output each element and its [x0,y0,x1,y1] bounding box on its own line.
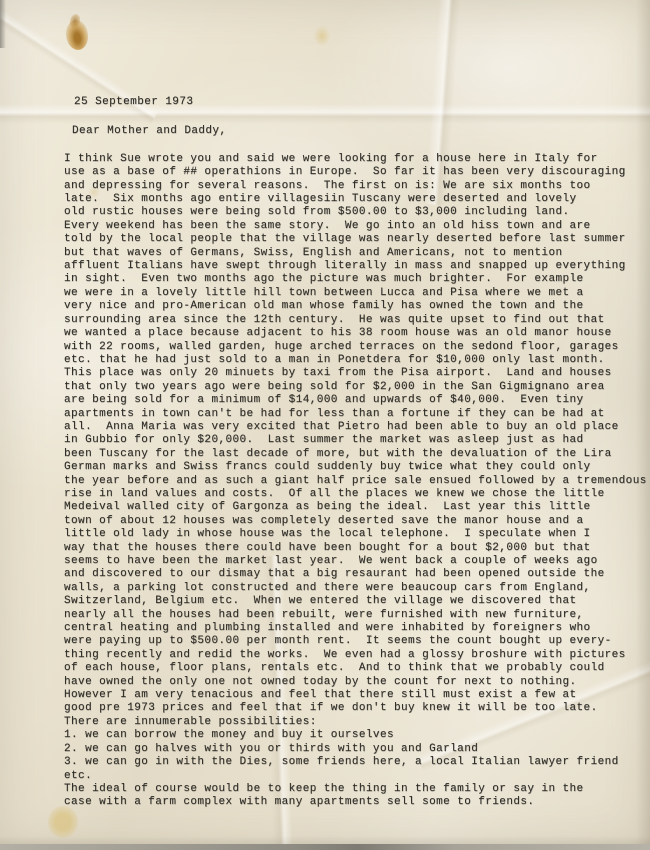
letter-text-block: 25 September 1973 Dear Mother and Daddy,… [64,96,650,810]
scanned-letter-page: 25 September 1973 Dear Mother and Daddy,… [0,0,650,850]
paper-bottom-edge [0,844,650,850]
letter-date: 25 September 1973 [74,96,650,109]
paper-bottom-edge-fade [0,836,650,844]
letter-salutation: Dear Mother and Daddy, [72,125,650,138]
paper-corner-notch [0,0,6,48]
letter-body: I think Sue wrote you and said we were l… [64,153,650,810]
